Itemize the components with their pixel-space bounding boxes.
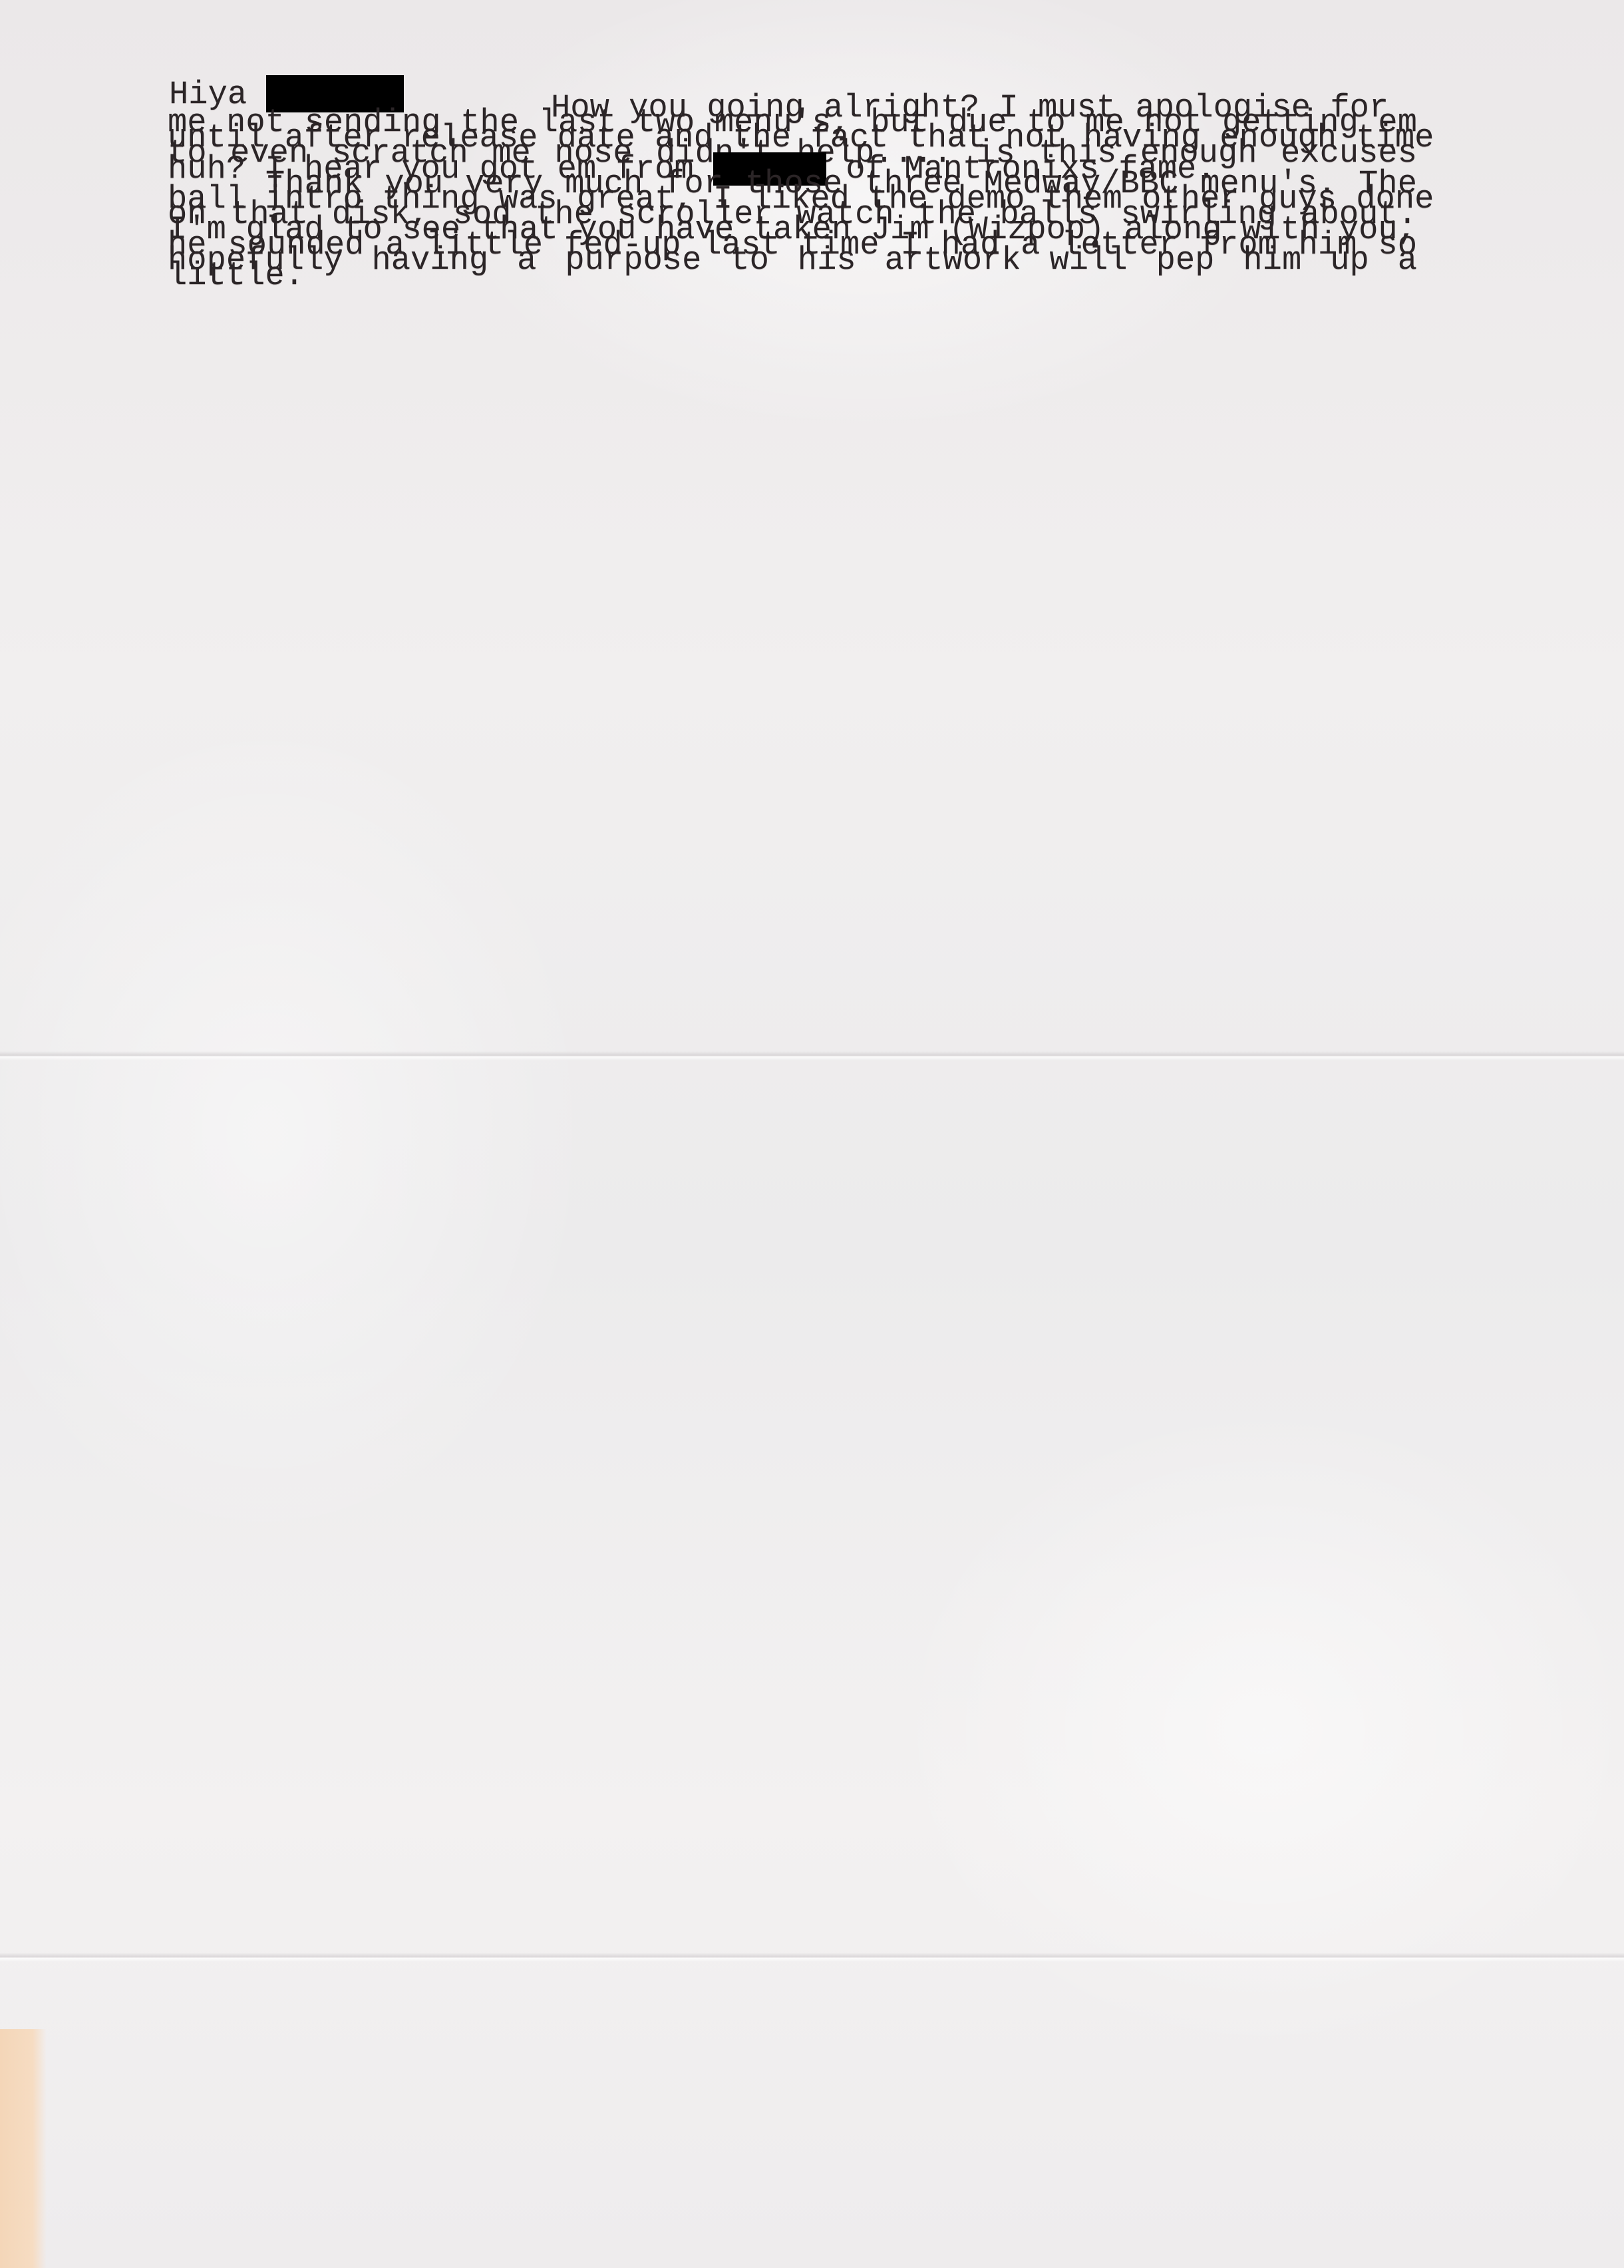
greeting-line: Hiya <box>169 75 404 108</box>
paper-background <box>0 0 1624 2268</box>
paper-fold-crease <box>0 1953 1624 1962</box>
text-line: little. <box>168 259 304 292</box>
text-line: hopefully having a purpose to his artwor… <box>168 244 1417 277</box>
paper-fold-crease <box>0 1051 1624 1060</box>
tape-strip <box>0 2029 47 2268</box>
